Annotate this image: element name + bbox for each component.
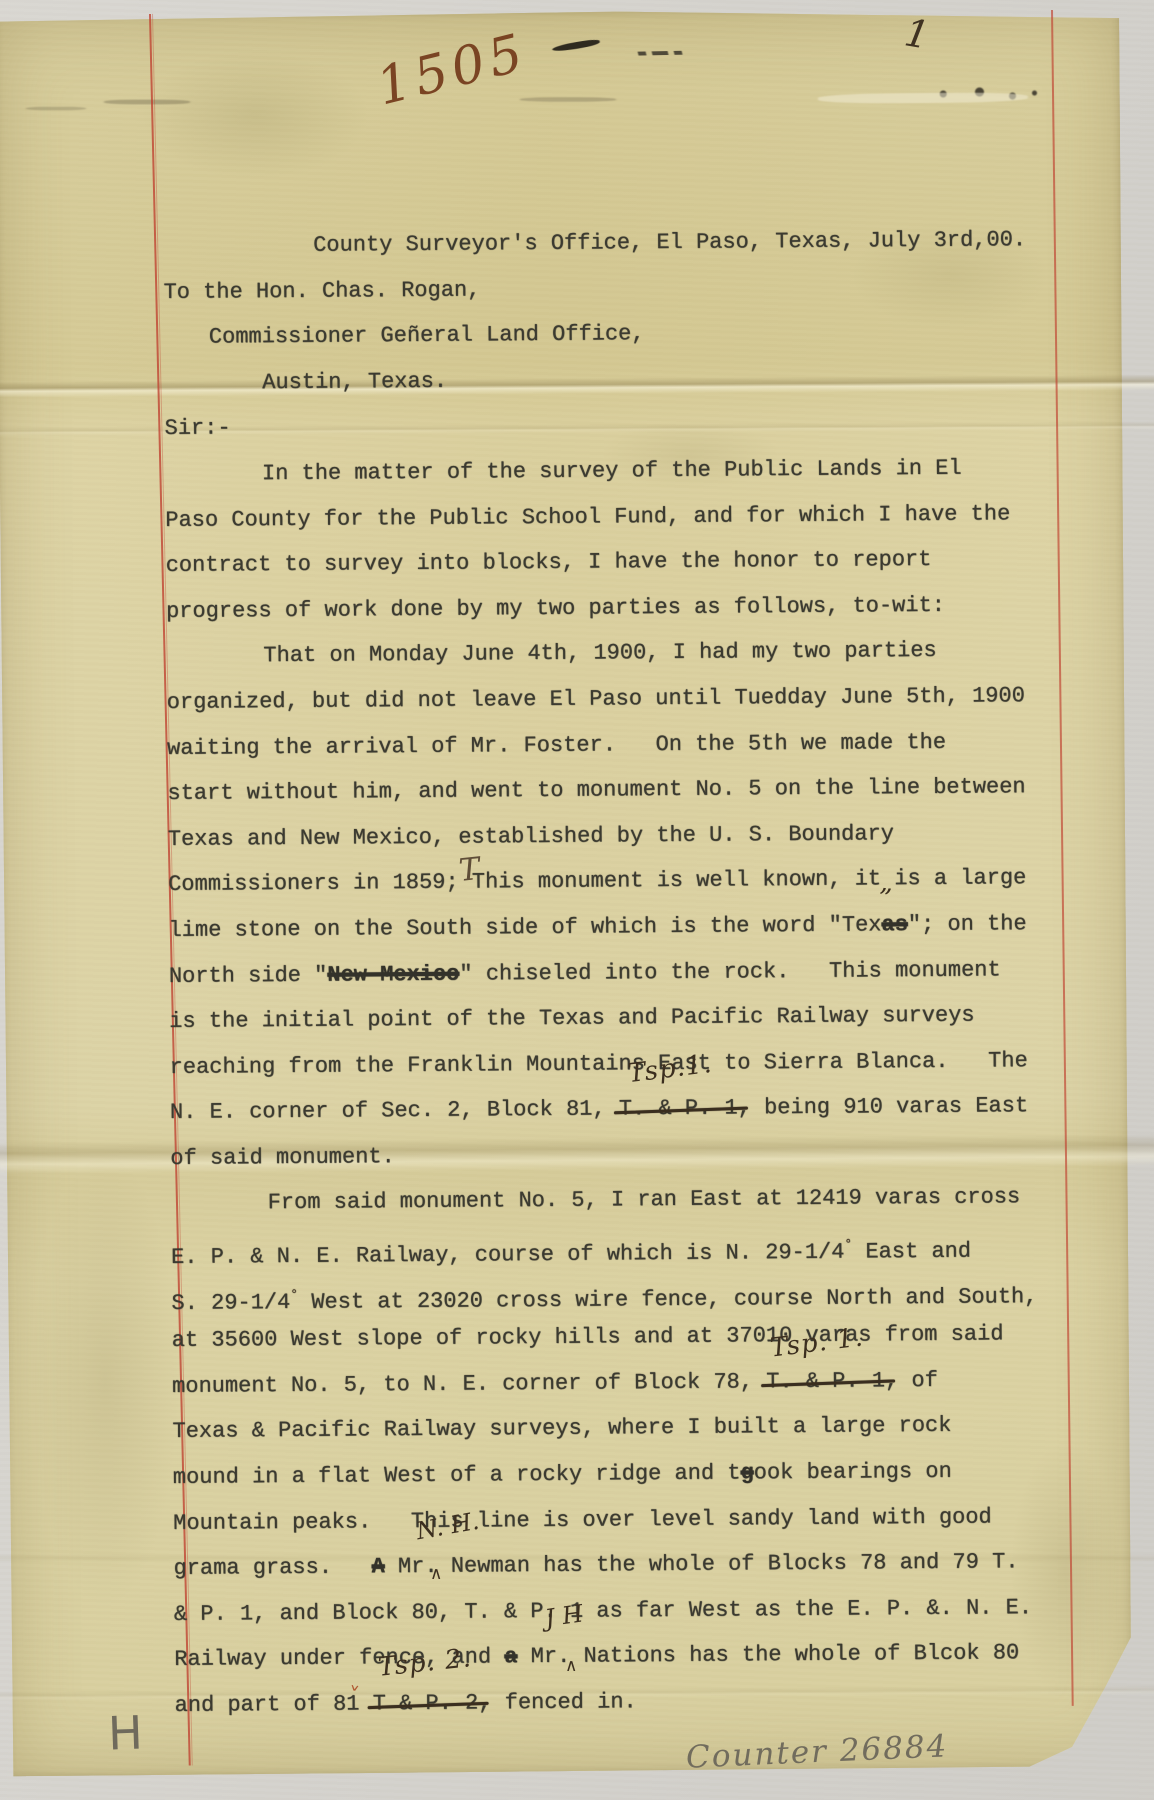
- addressee-city: Austin, Texas.: [164, 354, 1084, 407]
- addressee-title: Commissioner Geñeral Land Office,: [164, 308, 1084, 361]
- body-line: S. 29-1/4° West at 23020 cross wire fenc…: [171, 1265, 1091, 1318]
- body-line: N. E. corner of Sec. 2, Block 81, T. & P…: [170, 1083, 1090, 1136]
- scanned-letter: County Surveyor's Office, El Paso, Texas…: [0, 0, 1154, 1800]
- body-line: start without him, and went to monument …: [167, 764, 1087, 817]
- body-line: organized, but did not leave El Paso unt…: [167, 673, 1087, 726]
- body-line: grama grass. A Mr. Newman has the whole …: [173, 1539, 1093, 1592]
- typed-strikeout: a: [504, 1645, 517, 1670]
- body-line: progress of work done by my two parties …: [166, 582, 1086, 635]
- typed-strikeout: A: [372, 1555, 385, 1580]
- pen-strikethrough: T & P. 2: [373, 1691, 479, 1717]
- salutation: Sir:-: [164, 399, 1084, 452]
- body-line: Mountain peaks. This line is over level …: [173, 1493, 1093, 1546]
- body-line: mound in a flat West of a rocky ridge an…: [173, 1448, 1093, 1501]
- body-line: monument No. 5, to N. E. corner of Block…: [172, 1357, 1092, 1410]
- body-line: contract to survey into blocks, I have t…: [166, 536, 1086, 589]
- typed-strikeout: New Mexico: [327, 961, 459, 987]
- body-line: In the matter of the survey of the Publi…: [165, 445, 1085, 498]
- body-line: at 35600 West slope of rocky hills and a…: [172, 1311, 1092, 1364]
- body-line: E. P. & N. E. Railway, course of which i…: [171, 1220, 1091, 1273]
- body-line: & P. 1, and Block 80, T. & P. 1 as far W…: [174, 1585, 1094, 1638]
- dateline: County Surveyor's Office, El Paso, Texas…: [163, 217, 1083, 270]
- body-line: Railway under fence, and a Mr. Nations h…: [174, 1630, 1094, 1683]
- body-line: of said monument.: [170, 1129, 1090, 1182]
- degree-mark: °: [290, 1287, 298, 1302]
- body-line: Paso County for the Public School Fund, …: [165, 490, 1085, 543]
- body-line: Texas & Pacific Railway surveys, where I…: [172, 1402, 1092, 1455]
- pen-strikethrough: T. & P. 1: [619, 1096, 738, 1122]
- body-line: reaching from the Franklin Mountains Eas…: [169, 1037, 1089, 1090]
- body-line: North side "New Mexico" chiseled into th…: [169, 946, 1089, 999]
- typed-strikeout: g: [740, 1460, 753, 1485]
- body-line: lime stone on the South side of which is…: [168, 901, 1088, 954]
- body-line: waiting the arrival of Mr. Foster. On th…: [167, 718, 1087, 771]
- addressee: To the Hon. Chas. Rogan,: [163, 262, 1083, 315]
- typed-strikeout: as: [881, 912, 908, 937]
- body-line: From said monument No. 5, I ran East at …: [171, 1174, 1091, 1227]
- body-line: is the initial point of the Texas and Pa…: [169, 992, 1089, 1045]
- body-line: That on Monday June 4th, 1900, I had my …: [166, 627, 1086, 680]
- body-line: and part of 81 T & P. 2, fenced in.: [174, 1676, 1094, 1729]
- typed-text: County Surveyor's Office, El Paso, Texas…: [163, 217, 1095, 1729]
- body-line: Texas and New Mexico, established by the…: [168, 809, 1088, 862]
- body-line: Commissioners in 1859; This monument is …: [168, 855, 1088, 908]
- pen-strikethrough: T. & P. 1: [766, 1368, 885, 1394]
